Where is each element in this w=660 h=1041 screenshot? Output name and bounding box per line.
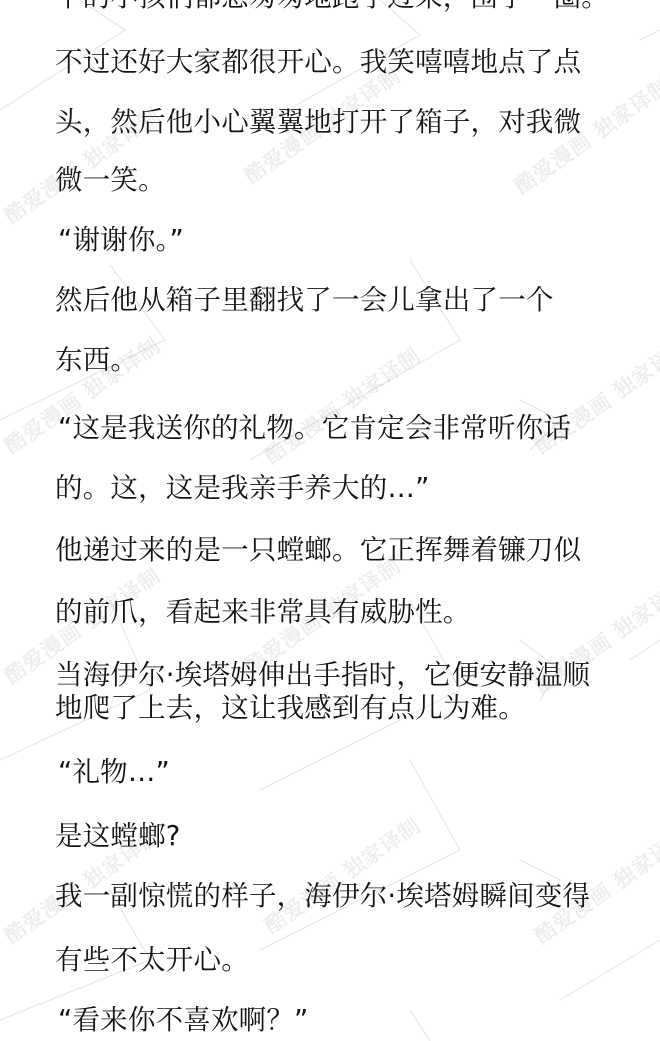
- paragraph-line: 下的小孩们都急匆匆地跑了过来，围了一圈。: [55, 0, 609, 14]
- dialogue-line: “这是我送你的礼物。它肯定会非常听你话: [58, 411, 571, 445]
- paragraph-line: 然后他从箱子里翻找了一会儿拿出了一个: [55, 283, 554, 317]
- paragraph-line: 是这螳螂?: [55, 819, 181, 853]
- paragraph-line: 有些不太开心。: [55, 943, 249, 977]
- paragraph-line: 他递过来的是一只螳螂。它正挥舞着镰刀似: [55, 533, 581, 567]
- paragraph-line: 我一副惊慌的样子，海伊尔·埃塔姆瞬间变得: [55, 879, 590, 913]
- dialogue-line: 的。这，这是我亲手养大的…”: [55, 471, 430, 505]
- paragraph-line: 的前爪，看起来非常具有威胁性。: [55, 595, 471, 629]
- dialogue-line: “看来你不喜欢啊？”: [58, 1003, 309, 1037]
- paragraph-line: 地爬了上去，这让我感到有点儿为难。: [55, 691, 526, 725]
- paragraph-line: 不过还好大家都很开心。我笑嘻嘻地点了点: [55, 45, 581, 79]
- paragraph-line: 当海伊尔·埃塔姆伸出手指时，它便安静温顺: [55, 658, 590, 692]
- dialogue-line: “礼物…”: [58, 755, 170, 789]
- paragraph-line: 东西。: [55, 343, 138, 377]
- paragraph-line: 微一笑。: [55, 163, 166, 197]
- story-text: 下的小孩们都急匆匆地跑了过来，围了一圈。 不过还好大家都很开心。我笑嘻嘻地点了点…: [0, 0, 660, 1041]
- dialogue-line: “谢谢你。”: [58, 223, 184, 257]
- paragraph-line: 头，然后他小心翼翼地打开了箱子，对我微: [55, 105, 581, 139]
